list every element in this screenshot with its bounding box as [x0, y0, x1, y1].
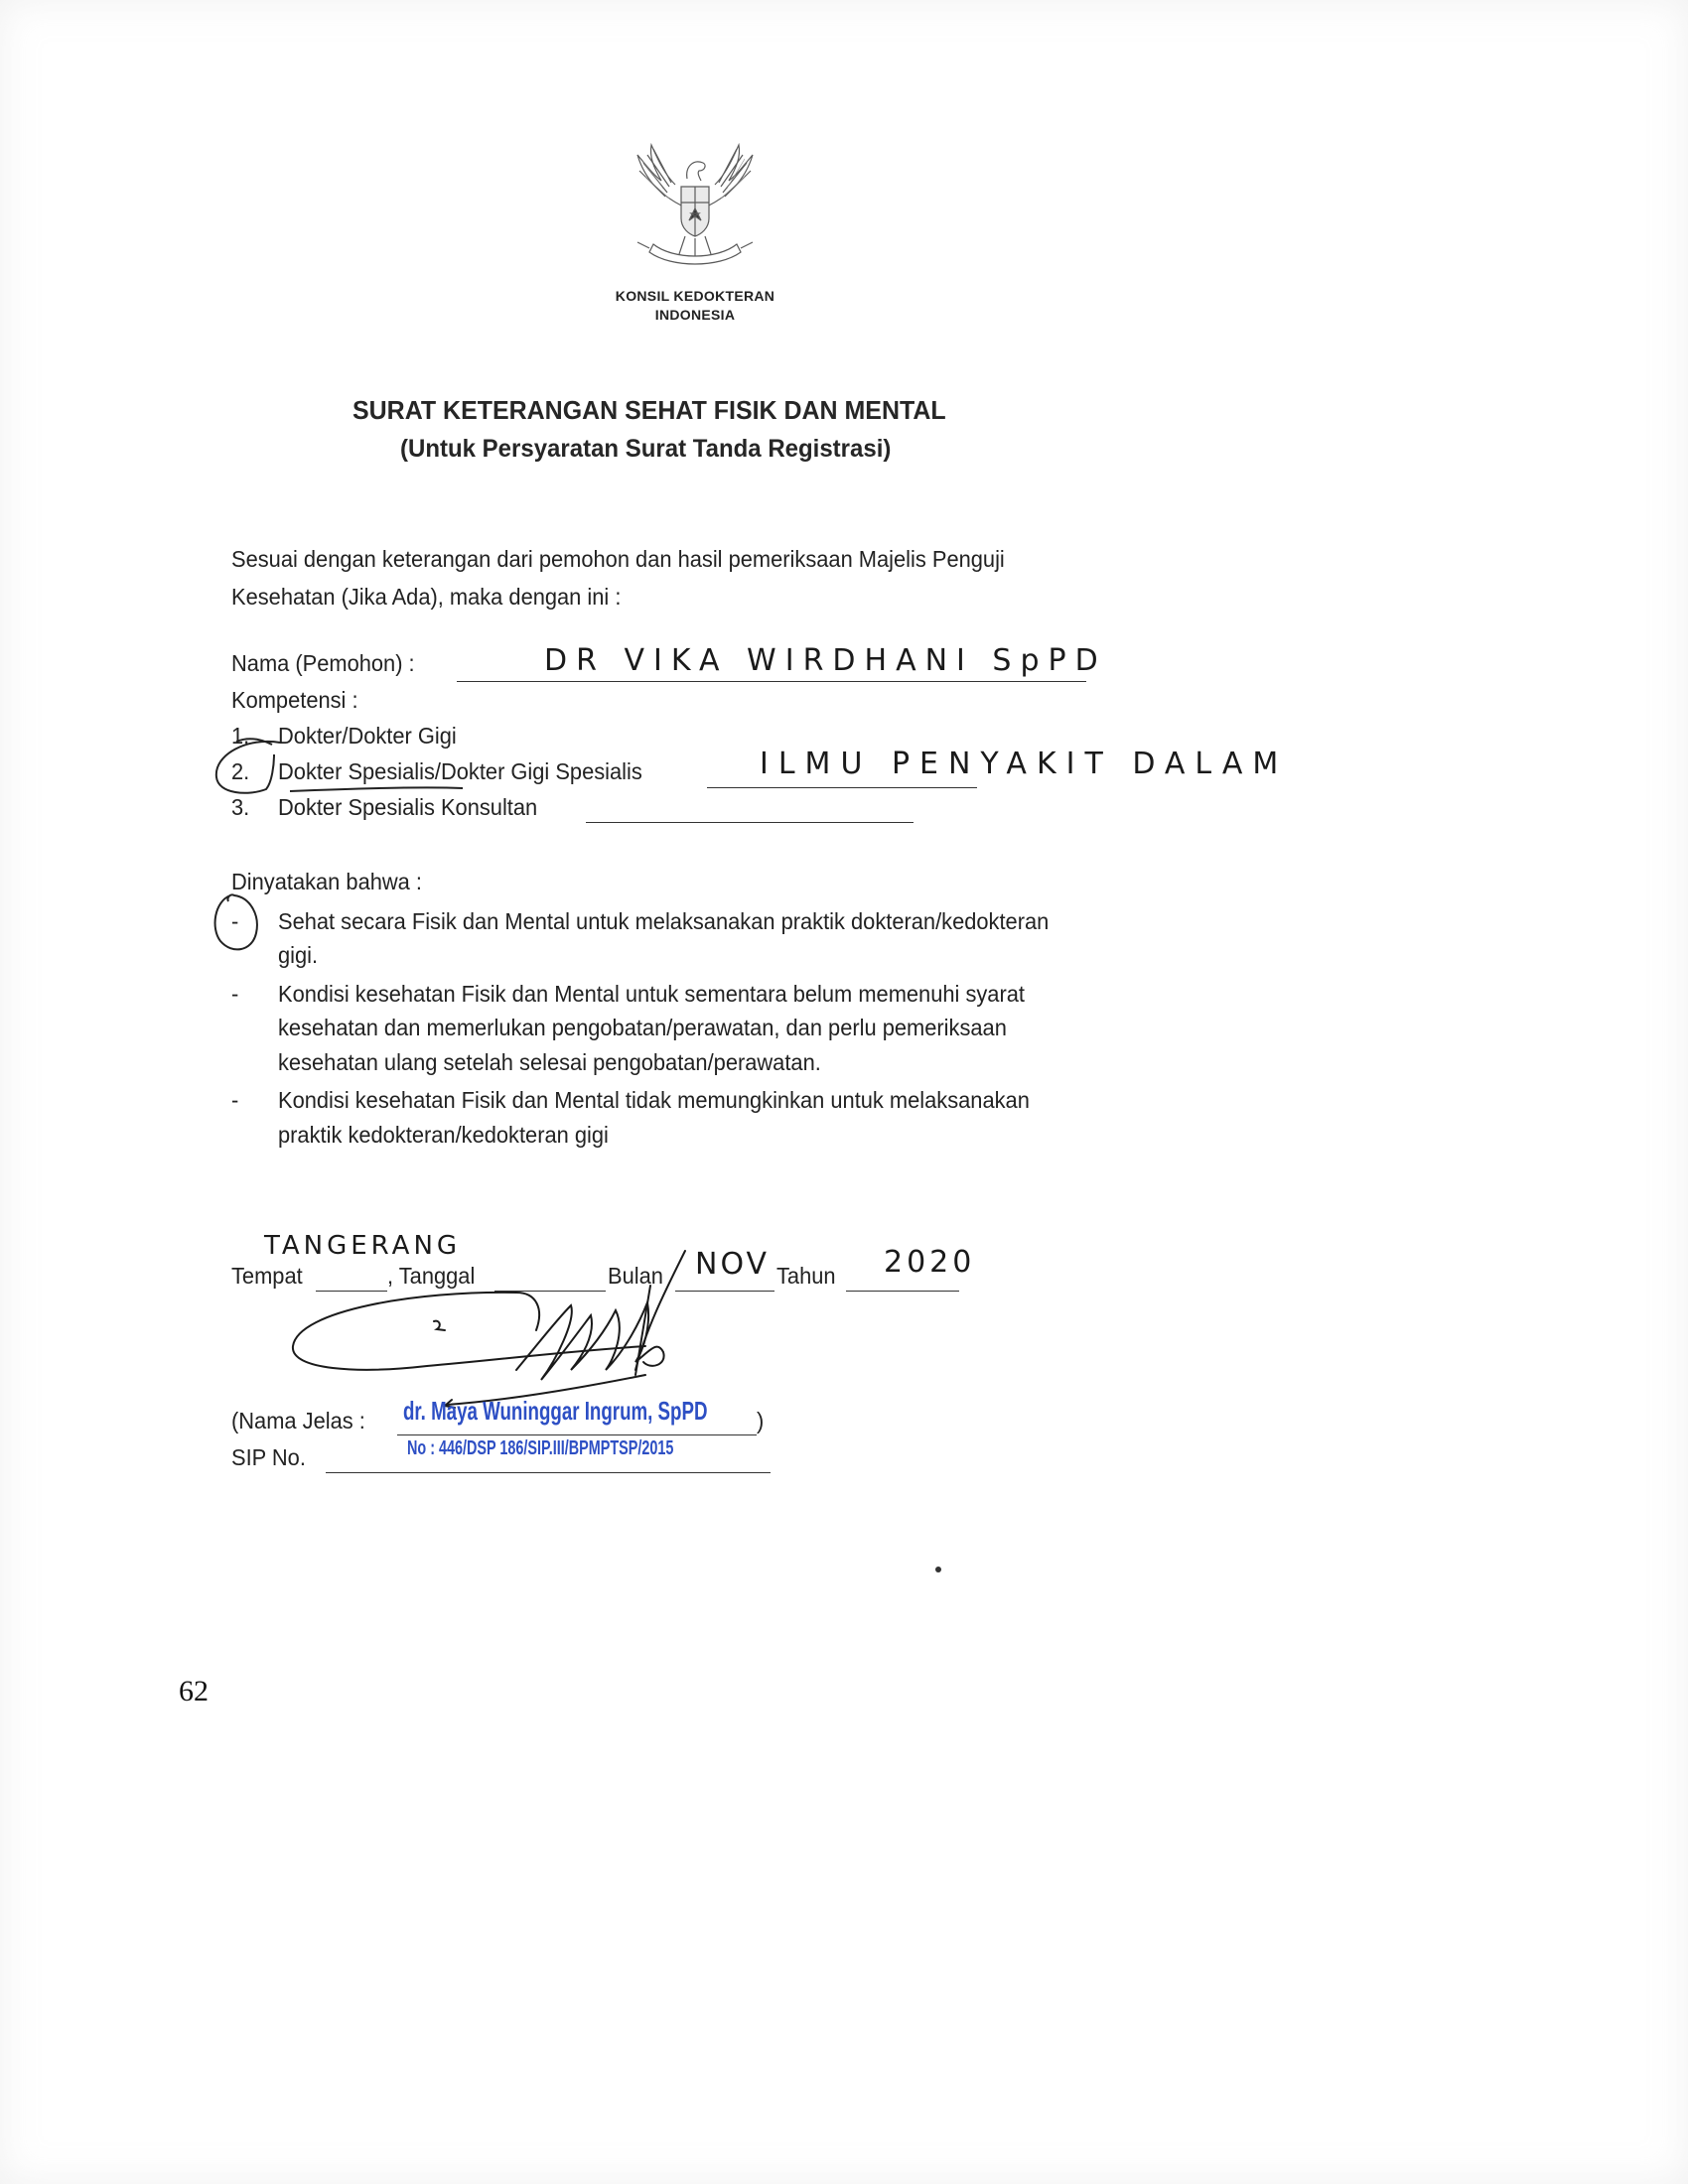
name-label: (Nama Jelas :	[231, 1408, 365, 1434]
page-number: 62	[179, 1675, 209, 1708]
sip-stamp: No : 446/DSP 186/SIP.III/BPMPTSP/2015	[407, 1437, 673, 1460]
sip-label: SIP No.	[231, 1444, 306, 1471]
name-field[interactable]	[397, 1434, 757, 1435]
signature-icon	[0, 0, 1688, 2184]
name-stamp: dr. Maya Wuninggar Ingrum, SpPD	[403, 1396, 707, 1427]
sip-field[interactable]	[326, 1472, 771, 1473]
name-close-paren: )	[757, 1408, 764, 1434]
scan-speck	[935, 1567, 941, 1572]
